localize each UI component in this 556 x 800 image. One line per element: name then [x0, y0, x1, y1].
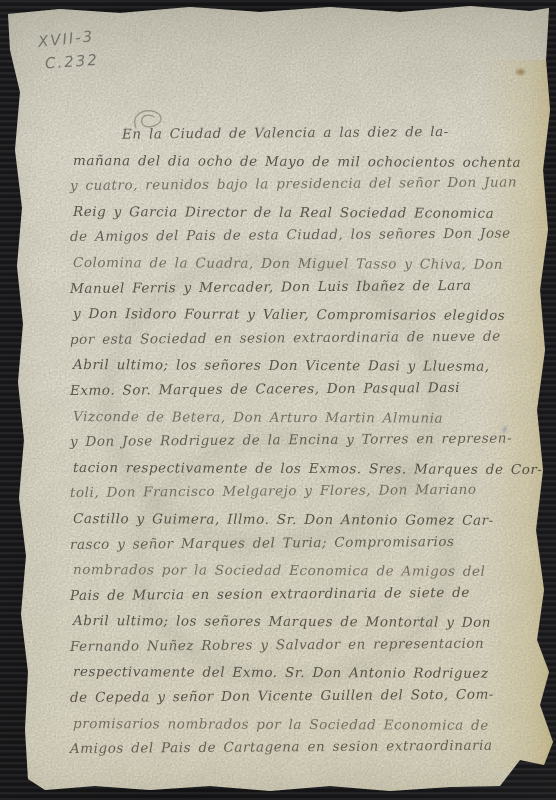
manuscript-line: Fernando Nuñez Robres y Salvador en repr… — [70, 635, 532, 664]
manuscript-line: Manuel Ferris y Mercader, Don Luis Ibañe… — [70, 277, 532, 306]
archival-reference: XVII-3 C.232 — [38, 28, 94, 74]
manuscript-line: rasco y señor Marques del Turia; Comprom… — [70, 533, 532, 562]
manuscript-line: En la Ciudad de Valencia a las diez de l… — [70, 123, 532, 152]
archival-reference-line: C.232 — [44, 49, 102, 76]
manuscript-page: XVII-3 C.232 En la Ciudad de Valencia a … — [0, 0, 556, 800]
manuscript-line: y cuatro, reunidos bajo la presidencia d… — [70, 175, 532, 204]
paper-stain — [512, 66, 529, 78]
manuscript-line: toli, Don Francisco Melgarejo y Flores, … — [70, 482, 532, 511]
manuscript-line: y Don Jose Rodriguez de la Encina y Torr… — [70, 430, 532, 459]
manuscript-scan: XVII-3 C.232 En la Ciudad de Valencia a … — [0, 0, 556, 800]
manuscript-line: Amigos del Pais de Cartagena en sesion e… — [70, 738, 532, 767]
manuscript-line: de Cepeda y señor Don Vicente Guillen de… — [70, 686, 532, 715]
manuscript-line: por esta Sociedad en sesion extraordinar… — [70, 328, 532, 357]
manuscript-text: En la Ciudad de Valencia a las diez de l… — [70, 127, 532, 767]
manuscript-line: Pais de Murcia en sesion extraordinaria … — [70, 584, 532, 613]
manuscript-line: de Amigos del Pais de esta Ciudad, los s… — [70, 226, 532, 255]
manuscript-line: Exmo. Sor. Marques de Caceres, Don Pasqu… — [70, 379, 532, 408]
